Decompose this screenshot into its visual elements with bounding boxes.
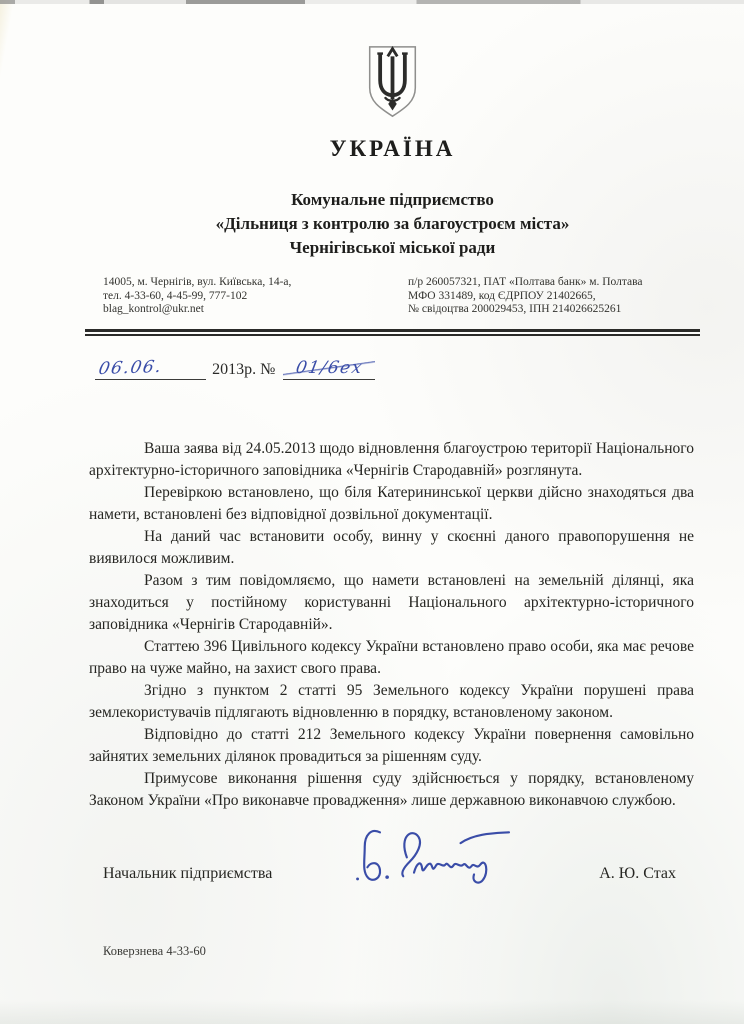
org-name-line-3: Чернігівської міської ради [85, 236, 700, 260]
letter-paragraph: Примусове виконання рішення суду здійсню… [89, 768, 694, 812]
certificate-line: № свідоцтва 200029453, ІПН 214026625261 [408, 303, 700, 317]
scan-bottom-artifact [0, 994, 744, 1024]
handwritten-date-underline: 06.06. [95, 358, 206, 380]
coat-of-arms [85, 0, 700, 120]
contact-block-bank: п/р 260057321, ПАТ «Полтава банк» м. Пол… [408, 276, 700, 317]
signature-row: Начальник підприємства А. Ю. Стах [85, 848, 700, 900]
letter-body: Ваша заява від 24.05.2013 щодо відновлен… [85, 438, 700, 812]
masthead-divider [85, 329, 700, 336]
letter-paragraph: Згідно з пунктом 2 статті 95 Земельного … [89, 680, 694, 724]
handwritten-signature-icon [328, 822, 543, 900]
letter-paragraph: Відповідно до статті 212 Земельного коде… [89, 724, 694, 768]
address-line: 14005, м. Чернігів, вул. Київська, 14-а, [103, 276, 291, 290]
tryzub-trident-icon [364, 44, 421, 120]
organisation-name: Комунальне підприємство «Дільниця з конт… [85, 188, 700, 260]
reference-printed-label: 2013р. № [212, 361, 275, 380]
letter-paragraph: Ваша заява від 24.05.2013 щодо відновлен… [89, 438, 694, 482]
org-name-line-1: Комунальне підприємство [85, 188, 700, 212]
phone-line: тел. 4-33-60, 4-45-99, 777-102 [103, 290, 291, 304]
handwritten-date: 06.06. [97, 356, 164, 378]
masthead-contacts: 14005, м. Чернігів, вул. Київська, 14-а,… [85, 276, 700, 317]
email-line: blag_kontrol@ukr.net [103, 303, 291, 317]
letter-content: УКРАЇНА Комунальне підприємство «Дільниц… [85, 0, 700, 959]
org-name-line-2: «Дільниця з контролю за благоустроєм міс… [85, 212, 700, 236]
country-title: УКРАЇНА [85, 136, 700, 162]
bank-codes-line: МФО 331489, код ЄДРПОУ 21402665, [408, 290, 700, 304]
bank-account-line: п/р 260057321, ПАТ «Полтава банк» м. Пол… [408, 276, 700, 290]
letter-paragraph: На даний час встановити особу, винну у с… [89, 526, 694, 570]
letter-paragraph: Разом з тим повідомляємо, що намети вста… [89, 570, 694, 636]
executor-contact: Коверзнева 4-33-60 [85, 944, 700, 959]
letter-paragraph: Перевіркою встановлено, що біля Катерини… [89, 482, 694, 526]
scanned-letter-page: УКРАЇНА Комунальне підприємство «Дільниц… [0, 0, 744, 1024]
reference-line: 06.06. 2013р. № 01/6ех [85, 348, 700, 380]
signatory-name: А. Ю. Стах [599, 865, 700, 883]
letter-paragraph: Статтею 396 Цивільного кодексу України в… [89, 636, 694, 680]
handwritten-number-underline: 01/6ех [283, 358, 375, 380]
signatory-title: Начальник підприємства [103, 865, 328, 883]
contact-block-address: 14005, м. Чернігів, вул. Київська, 14-а,… [103, 276, 291, 317]
handwritten-number: 01/6ех [294, 358, 364, 378]
